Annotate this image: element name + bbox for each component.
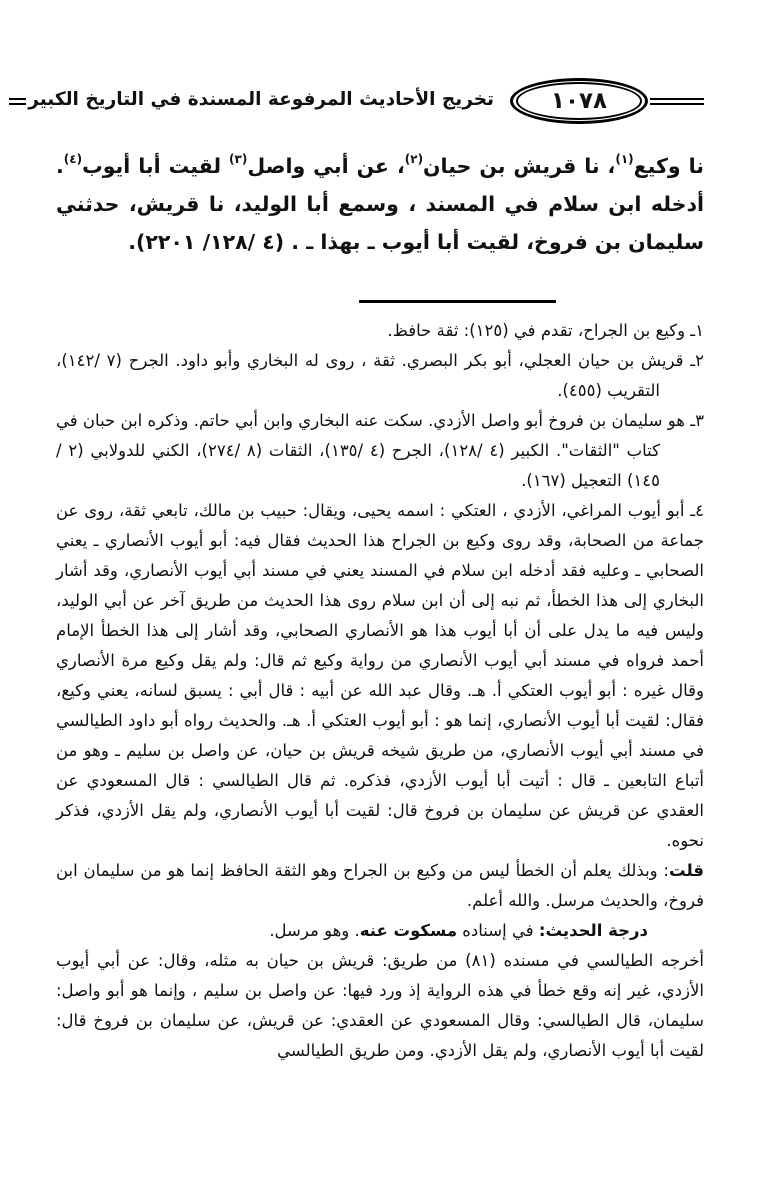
footnote-2: ٢ـ قريش بن حيان العجلي، أبو بكر البصري. … — [56, 346, 704, 406]
footnote-4-takhrij: أخرجه الطيالسي في مسنده (٨١) من طريق: قر… — [56, 946, 704, 1066]
footnote-separator-rule — [359, 300, 556, 303]
main-text-segment: نا وكيع — [634, 154, 704, 178]
footnote-4: ٤ـ أبو أيوب المراغي، الأزدي ، العتكي : ا… — [56, 496, 704, 856]
footnote-marker-1: (١) — [615, 152, 633, 166]
main-text-segment: لقيت أبا أيوب — [82, 154, 229, 178]
main-text-paragraph: نا وكيع(١)، نا قريش بن حيان(٢)، عن أبي و… — [56, 148, 704, 262]
header-rule-right — [650, 98, 704, 105]
footnote-number: ٣ـ — [685, 411, 704, 430]
page-number-ornament: ١٠٧٨ — [510, 78, 648, 124]
book-page: ١٠٧٨ تخريج الأحاديث المرفوعة المسندة في … — [0, 0, 760, 1066]
footnote-text: أبو أيوب المراغي، الأزدي ، العتكي : اسمه… — [56, 501, 704, 850]
footnote-text: قريش بن حيان العجلي، أبو بكر البصري. ثقة… — [56, 351, 684, 400]
main-text-segment: ، نا قريش بن حيان — [423, 154, 615, 178]
footnote-4-hadith-grade: درجة الحديث: في إسناده مسكوت عنه. وهو مر… — [56, 916, 704, 946]
footnote-marker-3: (٣) — [229, 152, 247, 166]
book-title: تخريج الأحاديث المرفوعة المسندة في التار… — [26, 89, 500, 114]
footnote-number: ١ـ — [685, 321, 704, 340]
footnote-number: ٢ـ — [684, 351, 704, 370]
main-text-segment: ، عن أبي واصل — [247, 154, 404, 178]
grade-text: في إسناده — [457, 921, 539, 940]
footnote-4-qultu: قلت: وبذلك يعلم أن الخطأ ليس من وكيع بن … — [56, 856, 704, 916]
footnote-1: ١ـ وكيع بن الجراح، تقدم في (١٢٥): ثقة حا… — [56, 316, 704, 346]
qultu-text: : وبذلك يعلم أن الخطأ ليس من وكيع بن الج… — [56, 861, 704, 910]
footnote-marker-2: (٢) — [405, 152, 423, 166]
footnote-3: ٣ـ هو سليمان بن فروخ أبو واصل الأزدي. سك… — [56, 406, 704, 496]
footnote-marker-4: (٤) — [64, 152, 82, 166]
footnote-text: هو سليمان بن فروخ أبو واصل الأزدي. سكت ع… — [56, 411, 685, 490]
footnote-number: ٤ـ — [684, 501, 704, 520]
grade-text: . وهو مرسل. — [269, 921, 359, 940]
header-rule-left — [9, 98, 26, 105]
hadith-citation: (٤ /١٢٨/ ٢٢٠١). — [128, 230, 284, 254]
footnotes-section: ١ـ وكيع بن الجراح، تقدم في (١٢٥): ثقة حا… — [56, 316, 704, 1066]
takhrij-text: أخرجه الطيالسي في مسنده (٨١) من طريق: قر… — [56, 951, 704, 1060]
grade-label: درجة الحديث: — [539, 921, 648, 940]
qultu-label: قلت — [669, 861, 704, 880]
grade-bold-phrase: مسكوت عنه — [360, 921, 457, 940]
page-number: ١٠٧٨ — [516, 82, 642, 120]
footnote-text: وكيع بن الجراح، تقدم في (١٢٥): ثقة حافظ. — [387, 321, 685, 340]
page-header: ١٠٧٨ تخريج الأحاديث المرفوعة المسندة في … — [56, 78, 704, 124]
